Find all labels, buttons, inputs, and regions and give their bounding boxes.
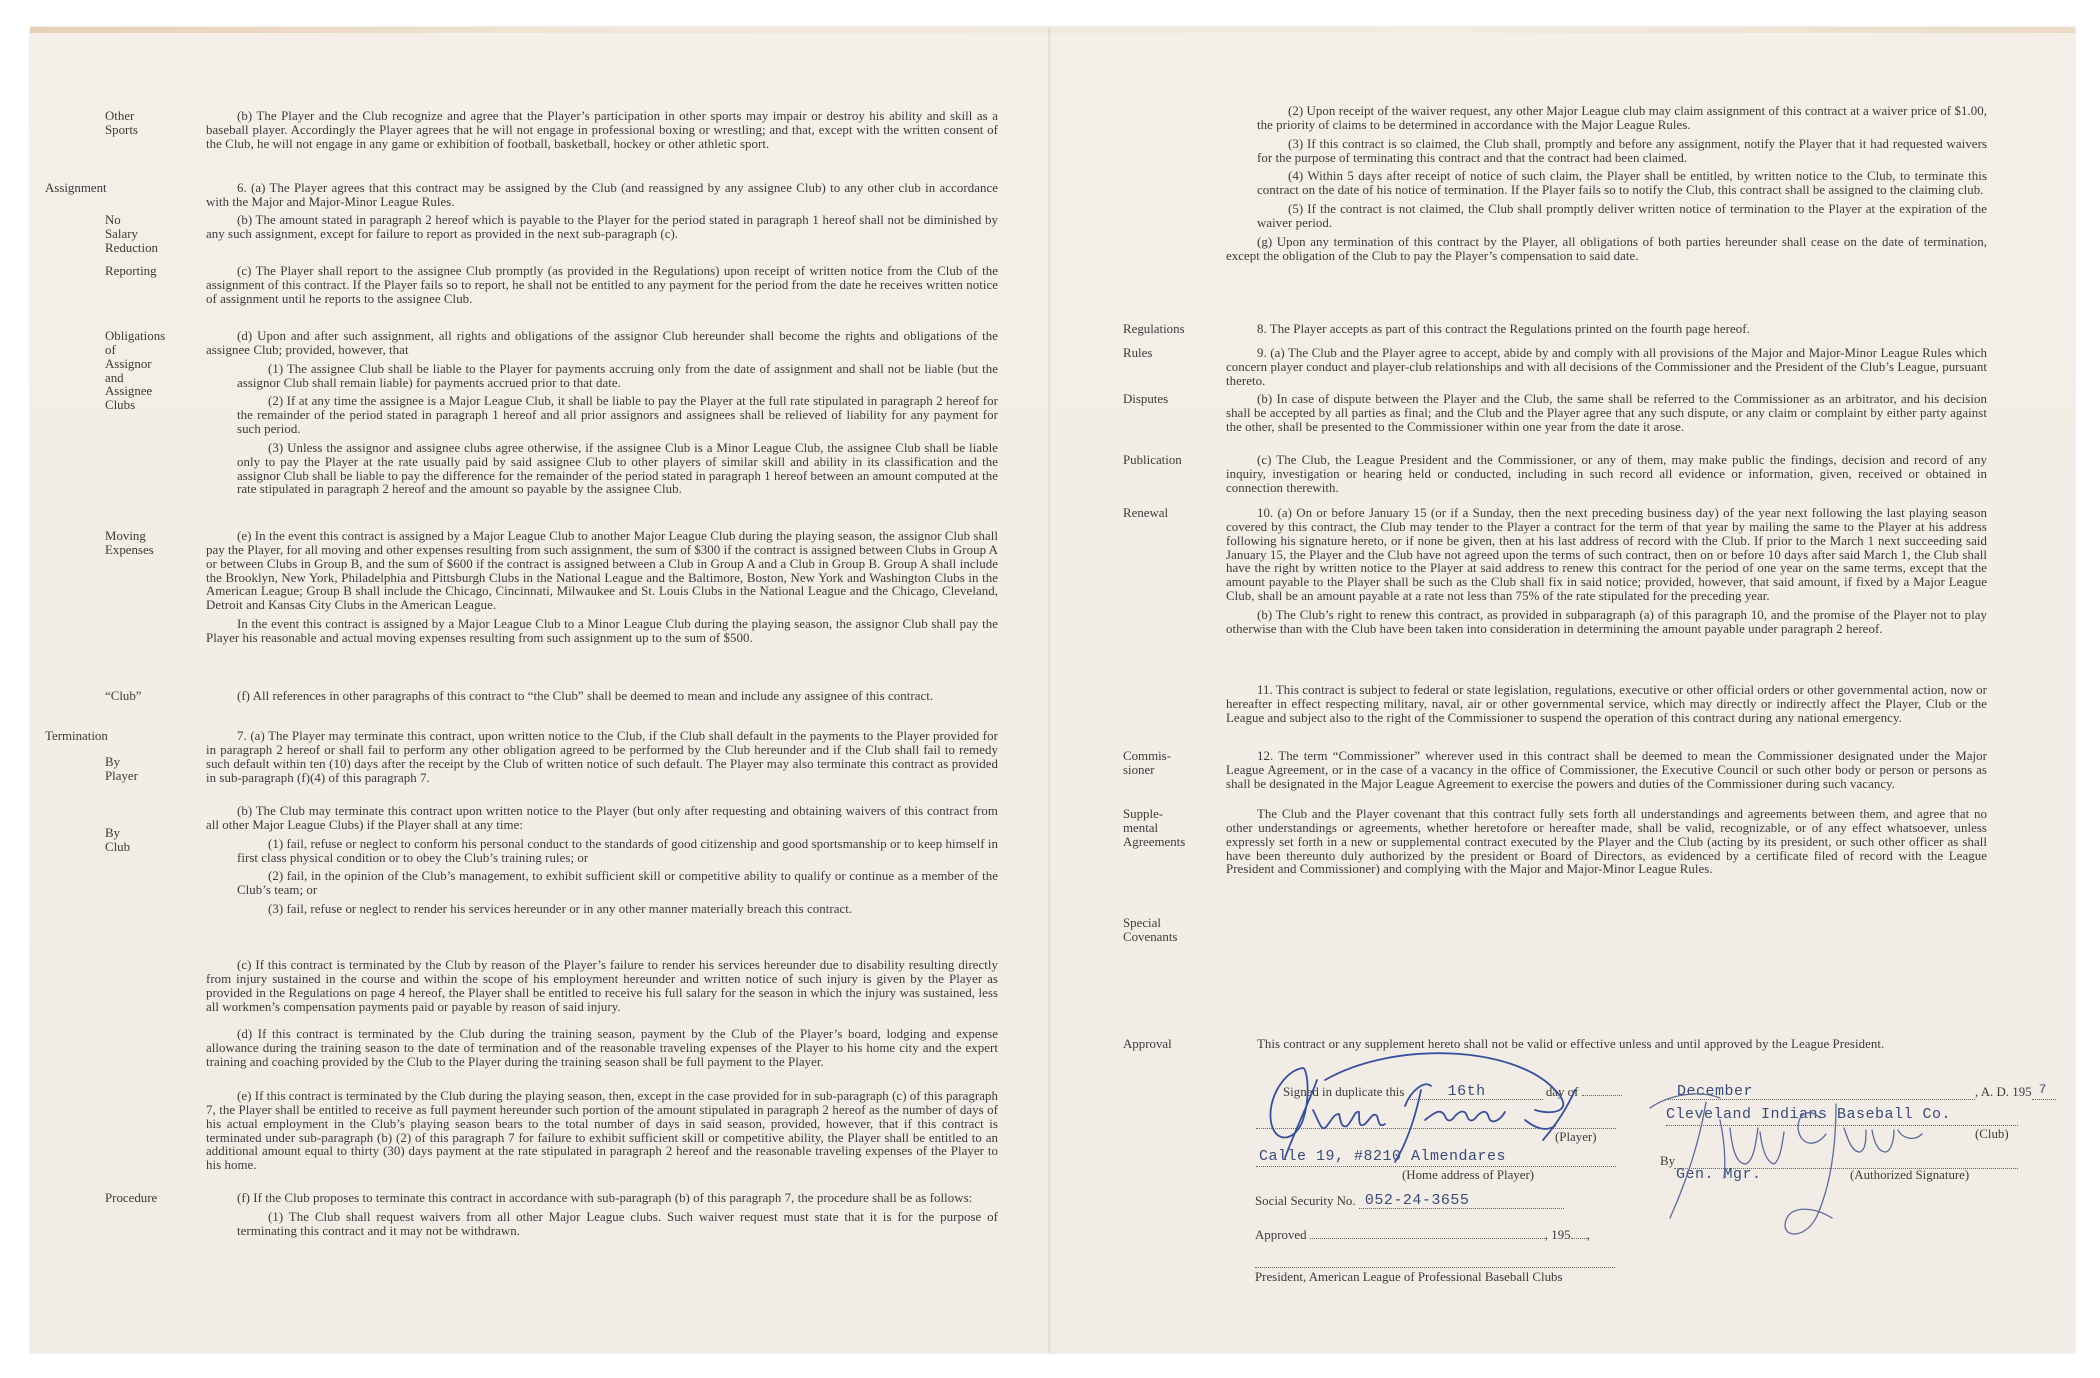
- section-sublabel: “Club”: [105, 690, 142, 704]
- home-address-caption: (Home address of Player): [1402, 1169, 1534, 1183]
- section-body: 10. (a) On or before January 15 (or if a…: [1226, 507, 1987, 642]
- club-line: [1666, 1125, 2018, 1126]
- section-body: (d) Upon and after such assignment, all …: [206, 330, 998, 502]
- section-label: Termination: [45, 730, 108, 744]
- by-label: By: [1660, 1155, 1675, 1169]
- paragraph: (1) The assignee Club shall be liable to…: [206, 363, 998, 391]
- section-body: The Club and the Player covenant that th…: [1226, 808, 1987, 882]
- section-body: (e) In the event this contract is assign…: [206, 530, 998, 651]
- section-label: Publication: [1123, 454, 1182, 468]
- paragraph: (e) In the event this contract is assign…: [206, 530, 998, 613]
- section-sublabel: By Club: [105, 827, 130, 855]
- paragraph: (1) The Club shall request waivers from …: [206, 1211, 998, 1239]
- section-sublabel: By Player: [105, 756, 138, 784]
- paragraph: (3) If this contract is so claimed, the …: [1226, 138, 1987, 166]
- section-sublabel: Reporting: [105, 265, 157, 279]
- player-signature-line[interactable]: [1256, 1128, 1616, 1129]
- paragraph: (3) fail, refuse or neglect to render hi…: [206, 903, 998, 917]
- ssn-field[interactable]: 052-24-3655: [1359, 1194, 1564, 1209]
- section-sublabel: Procedure: [105, 1192, 157, 1206]
- section-body: (d) If this contract is terminated by th…: [206, 1028, 998, 1075]
- player-caption: (Player): [1555, 1131, 1597, 1145]
- section-body: (2) Upon receipt of the waiver request, …: [1226, 105, 1987, 268]
- paragraph: In the event this contract is assigned b…: [206, 618, 998, 646]
- year-field[interactable]: 7: [2032, 1085, 2056, 1100]
- month-field[interactable]: December: [1665, 1085, 1975, 1100]
- paragraph: 7. (a) The Player may terminate this con…: [206, 730, 998, 785]
- section-body: 9. (a) The Club and the Player agree to …: [1226, 347, 1987, 394]
- paragraph: The Club and the Player covenant that th…: [1226, 808, 1987, 877]
- president-signature-line[interactable]: [1255, 1267, 1615, 1268]
- club-caption: (Club): [1975, 1128, 2009, 1142]
- paragraph: (f) If the Club proposes to terminate th…: [206, 1192, 998, 1206]
- section-body: (b) The Player and the Club recognize an…: [206, 110, 998, 157]
- date-line: December, A. D. 1957: [1665, 1085, 2056, 1100]
- section-label: Regulations: [1123, 323, 1185, 337]
- paragraph: (f) All references in other paragraphs o…: [206, 690, 998, 704]
- section-body: 6. (a) The Player agrees that this contr…: [206, 182, 998, 215]
- margin-label: Other Sports: [105, 110, 138, 138]
- section-label: Disputes: [1123, 393, 1168, 407]
- paragraph: (b) The amount stated in paragraph 2 her…: [206, 214, 998, 242]
- home-address-line[interactable]: [1256, 1166, 1616, 1167]
- paragraph: (d) If this contract is terminated by th…: [206, 1028, 998, 1070]
- paragraph: (e) If this contract is terminated by th…: [206, 1090, 998, 1173]
- paragraph: 8. The Player accepts as part of this co…: [1226, 323, 1987, 337]
- section-label: Special Covenants: [1123, 917, 1177, 945]
- paragraph: (b) The Club may terminate this contract…: [206, 805, 998, 833]
- paragraph: (c) If this contract is terminated by th…: [206, 959, 998, 1014]
- section-body: (c) The Player shall report to the assig…: [206, 265, 998, 312]
- paragraph: (c) The Player shall report to the assig…: [206, 265, 998, 307]
- section-label: Approval: [1123, 1038, 1172, 1052]
- section-body: 11. This contract is subject to federal …: [1226, 684, 1987, 731]
- paragraph: This contract or any supplement hereto s…: [1226, 1038, 1987, 1052]
- approved-line: Approved , 195,: [1255, 1229, 1590, 1243]
- section-sublabel: Moving Expenses: [105, 530, 154, 558]
- home-address: Calle 19, #8210 Almendares: [1259, 1148, 1506, 1165]
- section-body: (b) The Club may terminate this contract…: [206, 805, 998, 922]
- paragraph: (4) Within 5 days after receipt of notic…: [1226, 170, 1987, 198]
- signer-title: Gen. Mgr.: [1676, 1166, 1762, 1183]
- paragraph: (g) Upon any termination of this contrac…: [1226, 236, 1987, 264]
- paragraph: 12. The term “Commissioner” wherever use…: [1226, 750, 1987, 792]
- paragraph: 10. (a) On or before January 15 (or if a…: [1226, 507, 1987, 604]
- section-label: Renewal: [1123, 507, 1168, 521]
- section-body: 8. The Player accepts as part of this co…: [1226, 323, 1987, 342]
- section-body: This contract or any supplement hereto s…: [1226, 1038, 1987, 1057]
- approved-date-field[interactable]: [1310, 1238, 1545, 1239]
- section-sublabel: Obligations of Assignor and Assignee Clu…: [105, 330, 165, 413]
- paragraph: (2) If at any time the assignee is a Maj…: [206, 395, 998, 437]
- section-body: 12. The term “Commissioner” wherever use…: [1226, 750, 1987, 797]
- section-body: (c) If this contract is terminated by th…: [206, 959, 998, 1019]
- president-caption: President, American League of Profession…: [1255, 1271, 1563, 1285]
- paragraph: 9. (a) The Club and the Player agree to …: [1226, 347, 1987, 389]
- section-sublabel: No Salary Reduction: [105, 214, 158, 256]
- paragraph: (b) The Club’s right to renew this contr…: [1226, 609, 1987, 637]
- paragraph: (b) In case of dispute between the Playe…: [1226, 393, 1987, 435]
- section-body: (f) If the Club proposes to terminate th…: [206, 1192, 998, 1244]
- paragraph: 11. This contract is subject to federal …: [1226, 684, 1987, 726]
- section-body: (b) The amount stated in paragraph 2 her…: [206, 214, 998, 247]
- section-body: (f) All references in other paragraphs o…: [206, 690, 998, 709]
- section-body: (b) In case of dispute between the Playe…: [1226, 393, 1987, 440]
- paragraph: (c) The Club, the League President and t…: [1226, 454, 1987, 496]
- center-fold: [1048, 27, 1051, 1353]
- paragraph: 6. (a) The Player agrees that this contr…: [206, 182, 998, 210]
- paragraph: (1) fail, refuse or neglect to conform h…: [206, 838, 998, 866]
- authorized-caption: (Authorized Signature): [1850, 1169, 1969, 1183]
- ssn-line: Social Security No. 052-24-3655: [1255, 1194, 1564, 1209]
- section-label: Supple- mental Agreements: [1123, 808, 1185, 850]
- paragraph: (d) Upon and after such assignment, all …: [206, 330, 998, 358]
- section-body: 7. (a) The Player may terminate this con…: [206, 730, 998, 790]
- section-body: (c) The Club, the League President and t…: [1226, 454, 1987, 501]
- paragraph: (2) fail, in the opinion of the Club’s m…: [206, 870, 998, 898]
- paragraph: (5) If the contract is not claimed, the …: [1226, 203, 1987, 231]
- section-label: Assignment: [45, 182, 107, 196]
- paragraph: (2) Upon receipt of the waiver request, …: [1226, 105, 1987, 133]
- paragraph: (b) The Player and the Club recognize an…: [206, 110, 998, 152]
- section-body: (e) If this contract is terminated by th…: [206, 1090, 998, 1178]
- section-label: Rules: [1123, 347, 1152, 361]
- signed-in-duplicate-line: Signed in duplicate this 16th day of: [1283, 1085, 1622, 1100]
- section-label: Commis- sioner: [1123, 750, 1171, 778]
- club-name: Cleveland Indians Baseball Co.: [1666, 1106, 1951, 1123]
- day-field[interactable]: 16th: [1408, 1085, 1543, 1100]
- paragraph: (3) Unless the assignor and assignee clu…: [206, 442, 998, 497]
